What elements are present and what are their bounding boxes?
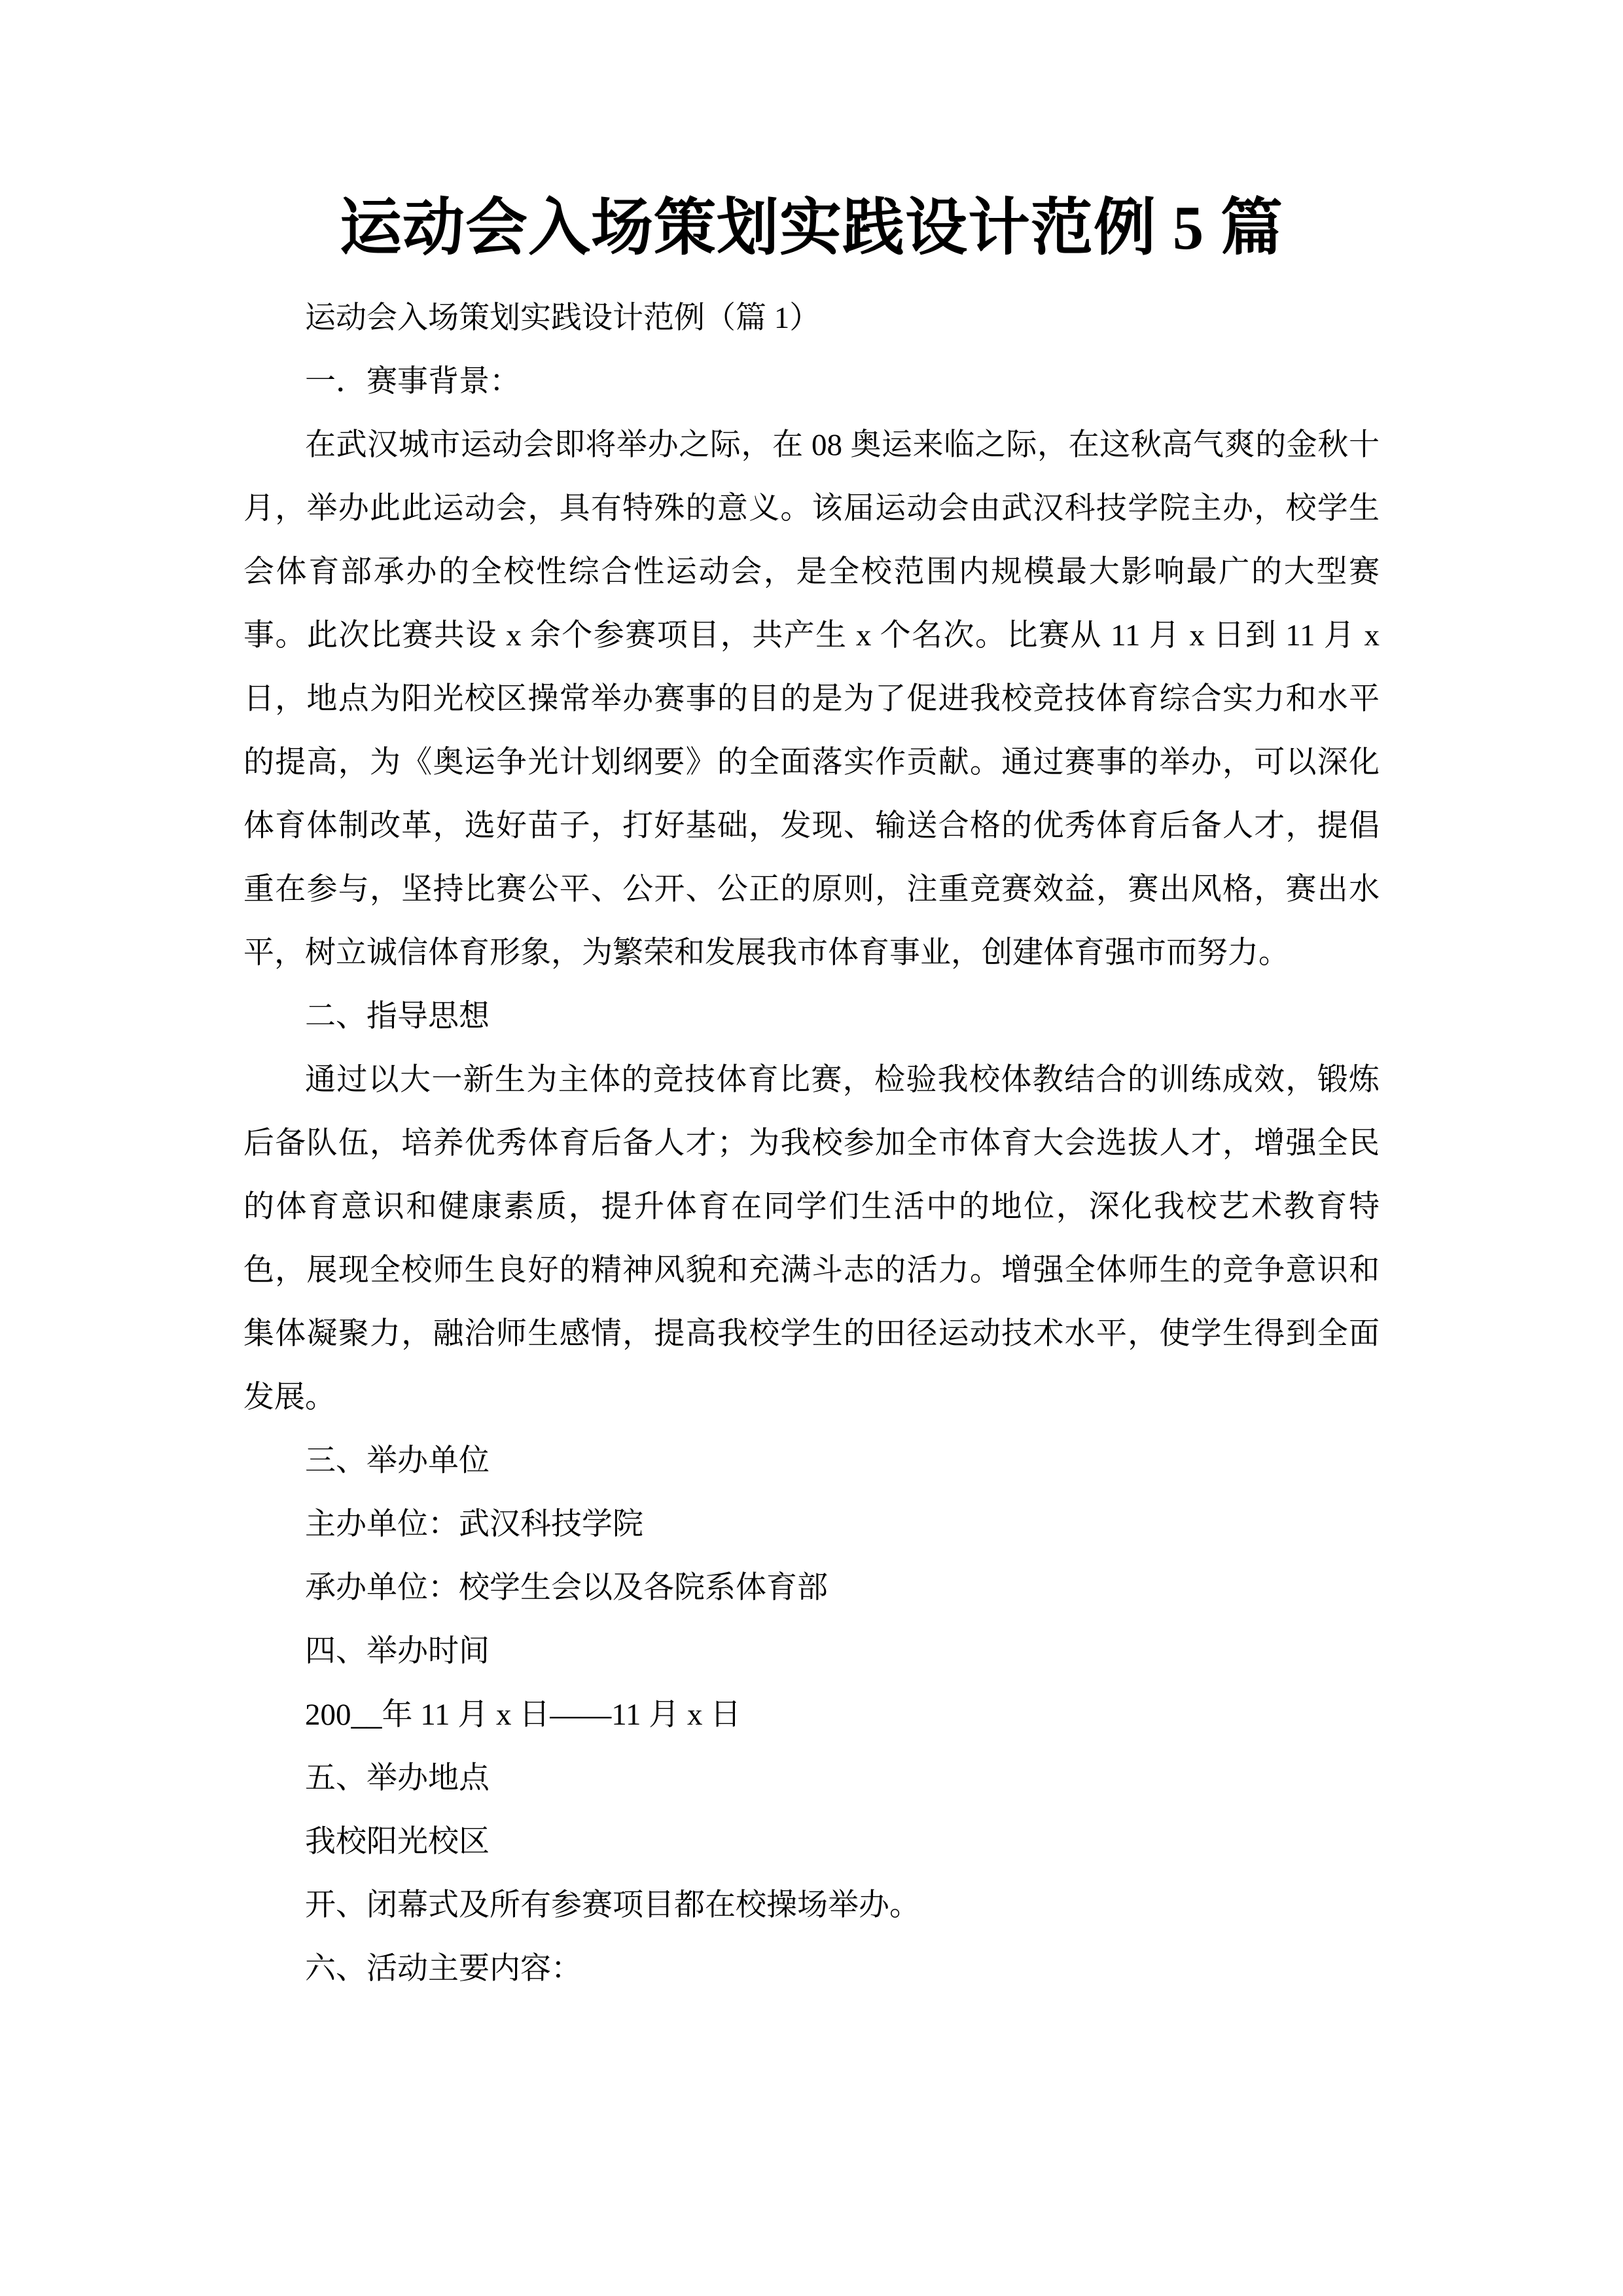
document-title: 运动会入场策划实践设计范例 5 篇 xyxy=(0,0,1623,274)
section-2-heading: 二、指导思想 xyxy=(243,985,1380,1049)
section-3-line-undertaker: 承办单位：校学生会以及各院系体育部 xyxy=(243,1556,1380,1620)
section-3-heading: 三、举办单位 xyxy=(243,1429,1380,1493)
document-page: 运动会入场策划实践设计范例 5 篇 运动会入场策划实践设计范例（篇 1） 一．赛… xyxy=(0,0,1623,2296)
section-5-heading: 五、举办地点 xyxy=(243,1747,1380,1810)
section-5-line-venue: 我校阳光校区 xyxy=(243,1810,1380,1874)
document-subtitle: 运动会入场策划实践设计范例（篇 1） xyxy=(243,287,1380,350)
document-body: 运动会入场策划实践设计范例（篇 1） 一．赛事背景： 在武汉城市运动会即将举办之… xyxy=(243,287,1380,2001)
section-5-line-ceremony-note: 开、闭幕式及所有参赛项目都在校操场举办。 xyxy=(243,1874,1380,1937)
section-1-paragraph: 在武汉城市运动会即将举办之际，在 08 奥运来临之际，在这秋高气爽的金秋十月，举… xyxy=(243,414,1380,985)
section-3-line-organizer: 主办单位：武汉科技学院 xyxy=(243,1493,1380,1556)
section-6-heading: 六、活动主要内容： xyxy=(243,1937,1380,2001)
section-4-line-date: 200__年 11 月 x 日——11 月 x 日 xyxy=(243,1683,1380,1747)
section-2-paragraph: 通过以大一新生为主体的竞技体育比赛，检验我校体教结合的训练成效，锻炼后备队伍，培… xyxy=(243,1049,1380,1429)
section-4-heading: 四、举办时间 xyxy=(243,1620,1380,1683)
section-1-heading: 一．赛事背景： xyxy=(243,350,1380,414)
